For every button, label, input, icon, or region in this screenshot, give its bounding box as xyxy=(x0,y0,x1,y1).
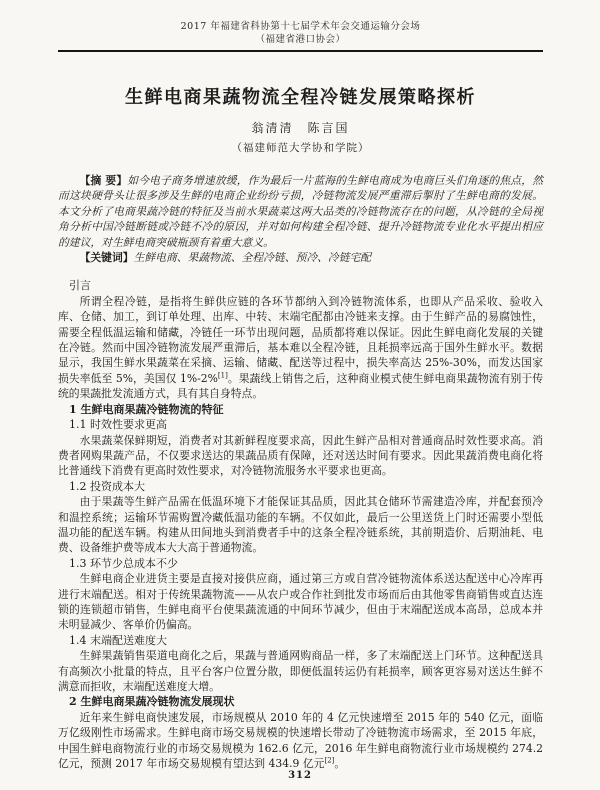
section-1-2-heading: 1.2 投资成本大 xyxy=(58,479,543,494)
section-1-1-paragraph: 水果蔬菜保鲜期短，消费者对其新鲜程度要求高，因此生鲜产品相对普通商品时效性要求高… xyxy=(58,433,543,479)
intro-paragraph: 所谓全程冷链，是指将生鲜供应链的各环节都纳入到冷链物流体系，也即从产品采收、验收… xyxy=(58,294,543,402)
section-1-2-paragraph: 由于果蔬等生鲜产品需在低温环境下才能保证其品质，因此其仓储环节需建造冷库，并配套… xyxy=(58,494,543,556)
abstract-text: 如今电子商务增速放缓，作为最后一片蓝海的生鲜电商成为电商巨头们角逐的焦点，然而这… xyxy=(58,174,543,249)
section-1-3-heading: 1.3 环节少总成本不少 xyxy=(58,556,543,571)
conference-title: 2017 年福建省科协第十七届学术年会交通运输分会场 xyxy=(58,21,543,34)
affiliation: （福建师范大学协和学院） xyxy=(58,140,543,155)
section-1-heading: 1 生鲜电商果蔬冷链物流的特征 xyxy=(58,402,543,417)
keywords-label: 【关键词】 xyxy=(80,251,134,264)
keywords: 【关键词】生鲜电商、果蔬物流、全程冷链、预冷、冷链宅配 xyxy=(58,250,543,265)
reference-2-marker: [2] xyxy=(324,756,334,764)
abstract: 【摘 要】如今电子商务增速放缓，作为最后一片蓝海的生鲜电商成为电商巨头们角逐的焦… xyxy=(58,173,543,250)
page-header: 2017 年福建省科协第十七届学术年会交通运输分会场 （福建省港口协会） xyxy=(58,21,543,46)
page-number: 312 xyxy=(0,770,600,781)
section-1-4-heading: 1.4 末端配送难度大 xyxy=(58,633,543,648)
organizer-line: （福建省港口协会） xyxy=(58,34,543,47)
document-page: 2017 年福建省科协第十七届学术年会交通运输分会场 （福建省港口协会） 生鲜电… xyxy=(0,0,600,790)
abstract-label: 【摘 要】 xyxy=(80,174,128,187)
section-2-heading: 2 生鲜电商果蔬冷链物流发展现状 xyxy=(58,694,543,709)
header-divider xyxy=(58,50,543,52)
keywords-text: 生鲜电商、果蔬物流、全程冷链、预冷、冷链宅配 xyxy=(134,251,372,264)
section-1-1-heading: 1.1 时效性要求更高 xyxy=(58,417,543,432)
section-2-paragraph: 近年来生鲜电商快速发展，市场规模从 2010 年的 4 亿元快速增至 2015 … xyxy=(58,710,543,772)
section-1-3-paragraph: 生鲜电商企业进货主要是直接对接供应商，通过第三方或自营冷链物流体系送达配送中心冷… xyxy=(58,571,543,633)
reference-1-marker: [1] xyxy=(218,371,228,379)
paper-title: 生鲜电商果蔬物流全程冷链发展策略探析 xyxy=(58,83,543,109)
section-2-paragraph-text-after-ref: 。 xyxy=(334,757,345,770)
authors: 翁清清 陈言国 xyxy=(58,119,543,136)
section-2-paragraph-text: 近年来生鲜电商快速发展，市场规模从 2010 年的 4 亿元快速增至 2015 … xyxy=(58,711,543,770)
section-1-4-paragraph: 生鲜果蔬销售渠道电商化之后，果蔬与普通网购商品一样，多了末端配送上门环节。这种配… xyxy=(58,648,543,694)
intro-heading: 引言 xyxy=(58,278,543,293)
